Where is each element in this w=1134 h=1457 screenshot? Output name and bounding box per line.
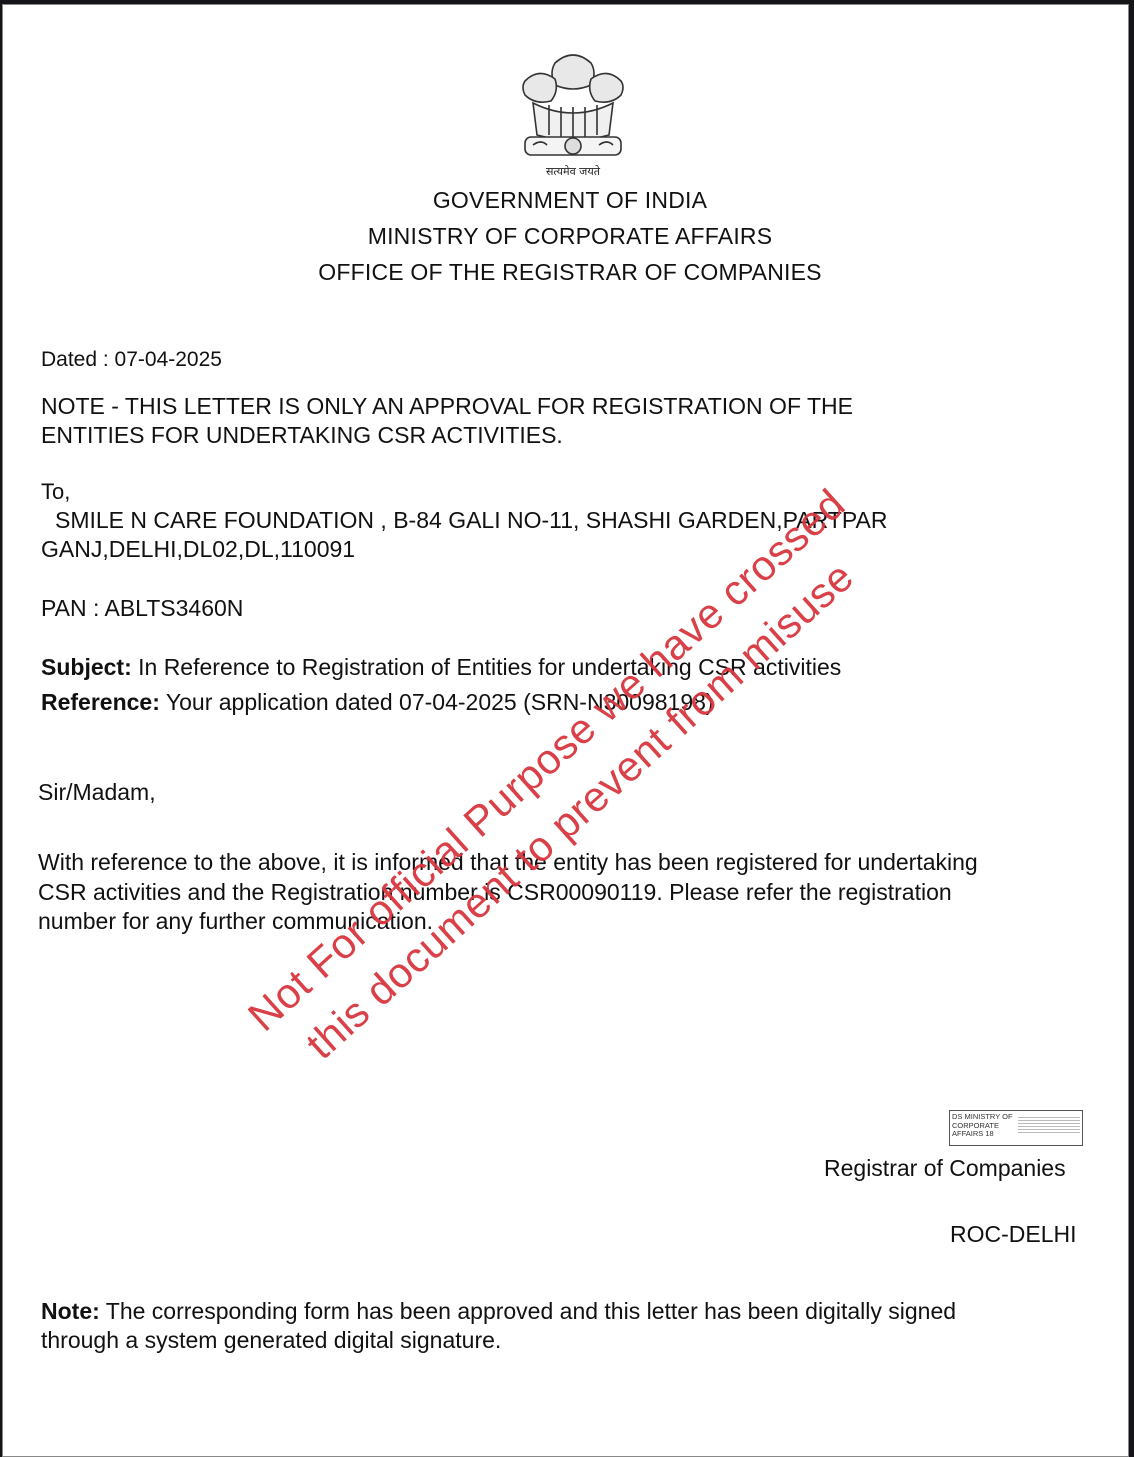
signatory-office: ROC-DELHI <box>950 1220 1077 1249</box>
pan-text: PAN : ABLTS3460N <box>41 594 243 623</box>
note-top-line1: NOTE - THIS LETTER IS ONLY AN APPROVAL F… <box>41 392 853 421</box>
recipient-address-line2: GANJ,DELHI,DL02,DL,110091 <box>41 535 355 564</box>
note-bottom-line1: Note: The corresponding form has been ap… <box>41 1297 956 1326</box>
signatory-title: Registrar of Companies <box>824 1154 1066 1183</box>
letter-page: सत्यमेव जयते GOVERNMENT OF INDIA MINISTR… <box>2 4 1129 1457</box>
header-government: GOVERNMENT OF INDIA <box>3 187 1134 214</box>
subject-label: Subject: <box>41 654 132 680</box>
header-ministry: MINISTRY OF CORPORATE AFFAIRS <box>3 223 1134 250</box>
recipient-address-line1: SMILE N CARE FOUNDATION , B-84 GALI NO-1… <box>55 506 887 535</box>
note-top-line2: ENTITIES FOR UNDERTAKING CSR ACTIVITIES. <box>41 421 563 450</box>
note-bottom-line2: through a system generated digital signa… <box>41 1326 501 1355</box>
ashoka-emblem-icon: सत्यमेव जयते <box>503 41 643 181</box>
header-office: OFFICE OF THE REGISTRAR OF COMPANIES <box>3 259 1134 286</box>
note-bottom-text1: The corresponding form has been approved… <box>106 1298 956 1324</box>
watermark-line2: this document to prevent from misuse <box>297 552 863 1068</box>
to-label: To, <box>41 477 70 506</box>
digital-signature-box: DS MINISTRY OF CORPORATE AFFAIRS 18 <box>949 1110 1083 1146</box>
signature-detail-lines <box>1018 1117 1080 1135</box>
reference-label: Reference: <box>41 689 160 715</box>
dated-text: Dated : 07-04-2025 <box>41 345 222 374</box>
svg-text:सत्यमेव जयते: सत्यमेव जयते <box>546 165 601 178</box>
note-bottom-label: Note: <box>41 1298 100 1324</box>
salutation: Sir/Madam, <box>38 778 156 807</box>
